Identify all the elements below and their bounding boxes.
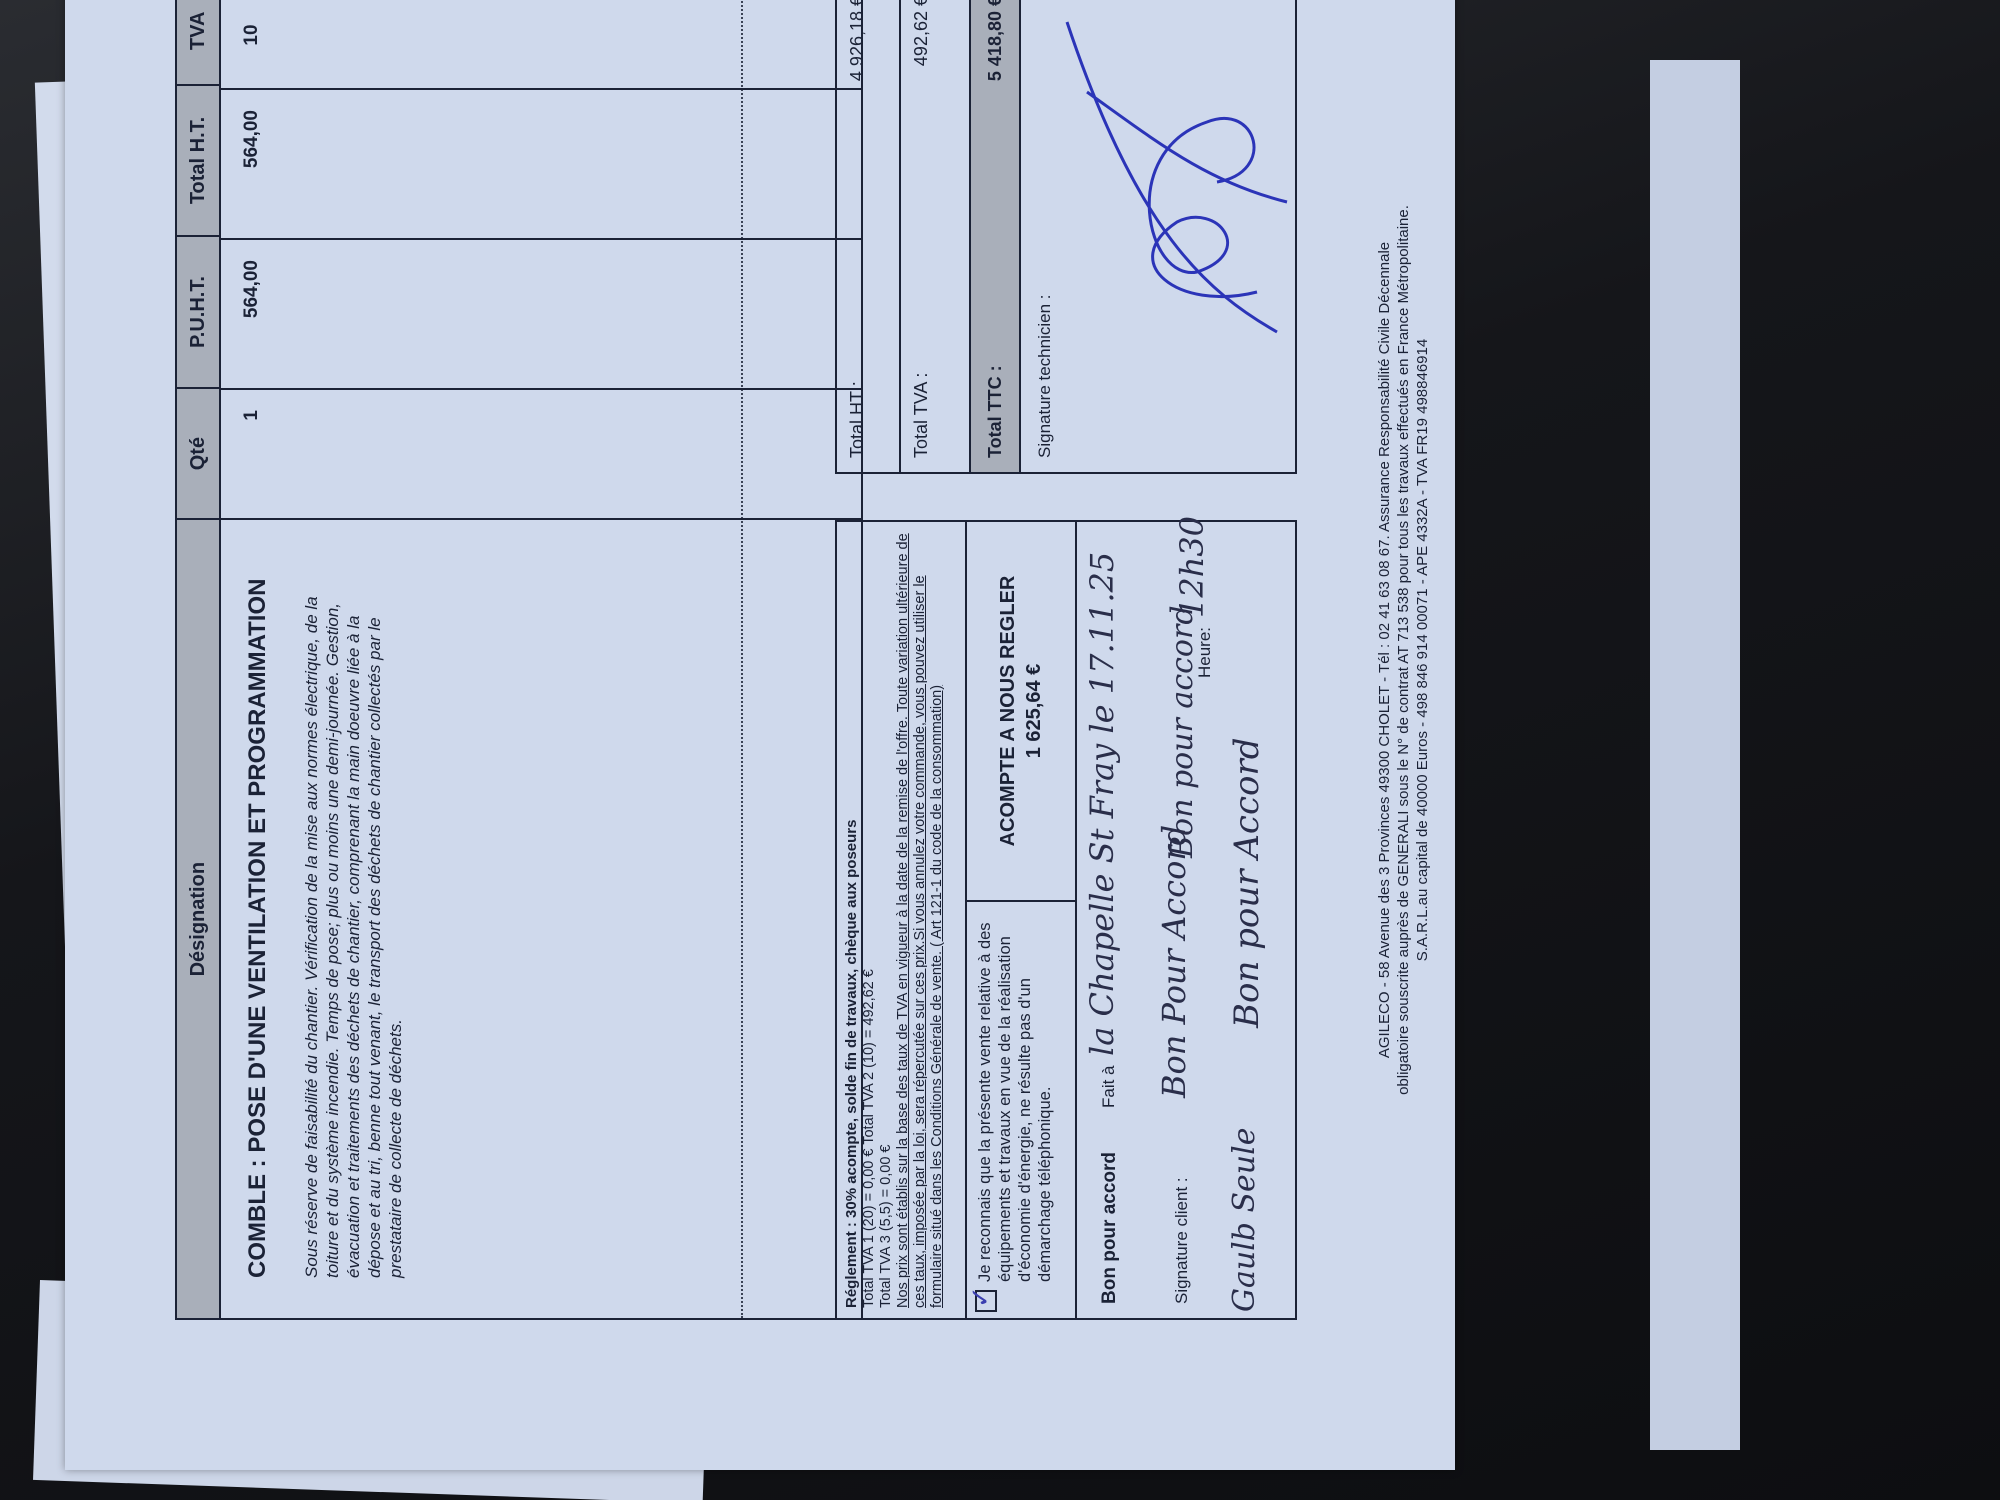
cell-tva: 10 — [221, 0, 861, 88]
item-tva: 10 — [241, 0, 263, 88]
acompte-box: ACOMPTE A NOUS REGLER 1 625,64 € — [967, 520, 1077, 900]
items-table: Désignation Qté P.U.H.T. Total H.T. TVA … — [175, 0, 863, 1320]
tva-breakdown: Total TVA 1 (20) = 0,00 € Total TVA 2 (1… — [861, 532, 878, 1308]
tva-breakdown-3: Total TVA 3 (5,5) = 0,00 € — [878, 532, 895, 1308]
summary-section: Réglement : 30% acompte, solde fin de tr… — [835, 0, 1355, 1320]
item-description: Sous réserve de faisabilité du chantier.… — [301, 558, 406, 1278]
handwritten-place-date: la Chapelle St Fray le 17.11.25 — [1083, 552, 1121, 1056]
item-total-ht: 564,00 — [241, 110, 263, 168]
total-tva-label: Total TVA : — [911, 373, 932, 458]
total-ttc-row: Total TTC : 5 418,80 € — [971, 0, 1021, 472]
total-ht-label: Total HT : — [847, 381, 868, 458]
acompte-amount: 1 625,64 € — [1021, 664, 1047, 759]
item-puht: 564,00 — [241, 260, 263, 318]
header-total-ht: Total H.T. — [177, 84, 219, 236]
total-ttc-label: Total TTC : — [985, 365, 1006, 458]
reconnais-checkbox[interactable]: ✓ — [975, 1290, 997, 1312]
acompte-label: ACOMPTE A NOUS REGLER — [995, 576, 1021, 847]
handwritten-line1: Bon Pour Accord — [1155, 825, 1193, 1098]
footer-line: obligatoire souscrite auprès de GENERALI… — [1394, 0, 1413, 1320]
accord-box: Bon pour accord Fait à la Chapelle St Fr… — [1077, 520, 1297, 1320]
header-puht: P.U.H.T. — [177, 235, 219, 387]
bon-pour-accord-label: Bon pour accord — [1099, 1152, 1121, 1304]
client-signature: Gaulb Seule — [1227, 1128, 1262, 1312]
cell-qte: 1 — [221, 388, 861, 518]
header-tva: TVA — [177, 0, 219, 84]
reconnais-box: ✓ Je reconnais que la présente vente rel… — [967, 900, 1077, 1320]
reglement-terms: Réglement : 30% acompte, solde fin de tr… — [843, 820, 860, 1308]
cell-total-ht: 564,00 — [221, 88, 861, 238]
technician-signature — [1057, 12, 1297, 352]
heure-label: Heure: — [1195, 627, 1215, 678]
reconnais-text: Je reconnais que la présente vente relat… — [976, 922, 1054, 1282]
fait-a-label: Fait à — [1099, 1065, 1119, 1108]
item-title: COMBLE : POSE D'UNE VENTILATION ET PROGR… — [245, 558, 271, 1278]
handwritten-heure: 12h30 — [1173, 516, 1211, 618]
signature-client-label: Signature client : — [1172, 1177, 1192, 1304]
header-designation: Désignation — [177, 518, 219, 1318]
check-mark-icon: ✓ — [971, 1286, 991, 1308]
handwritten-line3: Bon pour Accord — [1227, 738, 1267, 1028]
signature-technicien-label: Signature technicien : — [1035, 295, 1055, 459]
total-ttc-value: 5 418,80 € — [985, 0, 1006, 81]
item-qte: 1 — [241, 410, 263, 421]
total-tva-row: Total TVA : 492,62 € — [901, 0, 971, 472]
page-edge — [1650, 60, 1740, 1450]
company-footer: AGILECO - 58 Avenue des 3 Provinces 4930… — [1375, 0, 1432, 1320]
table-header: Désignation Qté P.U.H.T. Total H.T. TVA — [177, 0, 221, 1318]
footer-line: AGILECO - 58 Avenue des 3 Provinces 4930… — [1375, 0, 1394, 1320]
invoice-page: 2 sur 2 Désignation Qté P.U.H.T. Total H… — [65, 0, 1455, 1470]
footer-line: S.A.R.L.au capital de 40000 Euros - 498 … — [1413, 0, 1432, 1320]
total-ht-value: 4 926,18 € — [847, 0, 868, 81]
total-tva-value: 492,62 € — [911, 0, 932, 66]
total-ht-row: Total HT : 4 926,18 € — [837, 0, 901, 472]
table-row: COMBLE : POSE D'UNE VENTILATION ET PROGR… — [221, 0, 861, 1318]
legal-notice: Nos prix sont établis sur la base des ta… — [895, 532, 946, 1308]
reglement-box: Réglement : 30% acompte, solde fin de tr… — [835, 520, 967, 1320]
cell-puht: 564,00 — [221, 238, 861, 388]
header-qte: Qté — [177, 387, 219, 519]
cell-designation: COMBLE : POSE D'UNE VENTILATION ET PROGR… — [221, 518, 861, 1318]
totals-box: Total HT : 4 926,18 € Total TVA : 492,62… — [835, 0, 1297, 474]
